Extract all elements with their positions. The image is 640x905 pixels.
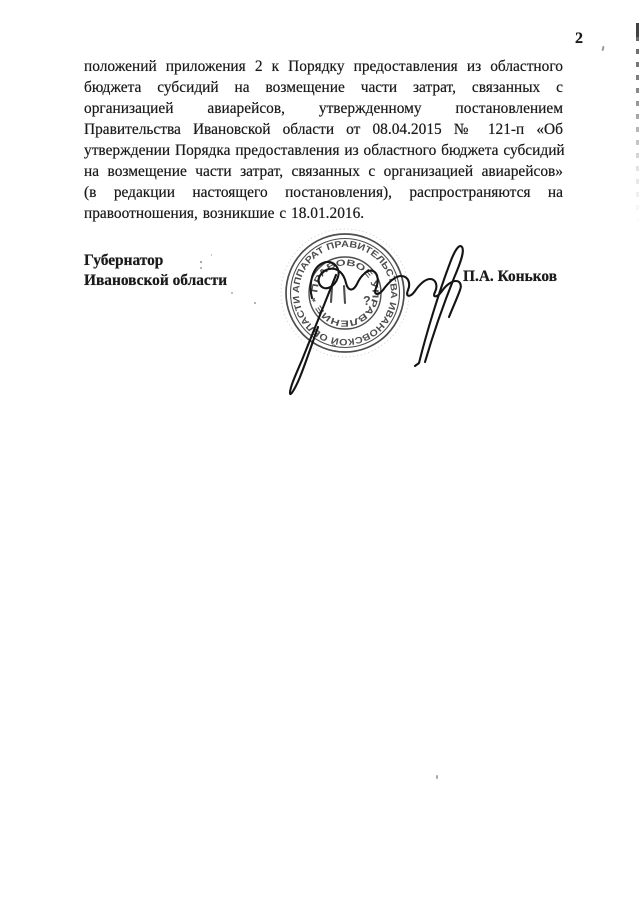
- paragraph-line: Правительства Ивановской области от 08.0…: [84, 119, 563, 140]
- page-number: 2: [575, 30, 583, 48]
- stamp-inner-text: ПРАВОВОЕ УПРАВЛЕНИЕ *: [309, 257, 380, 328]
- scan-speck: [436, 775, 438, 779]
- scan-edge-artifact: [636, 23, 639, 225]
- stamp-center-marks: [331, 286, 345, 303]
- stamp-dotted-outer-ring: [281, 229, 409, 357]
- signatory-title-line2: Ивановской области: [84, 271, 227, 291]
- signer-name: П.А. Коньков: [463, 267, 557, 287]
- signature-tall-flourish: [415, 246, 463, 366]
- paragraph: положений приложения 2 к Порядку предост…: [84, 56, 563, 224]
- official-round-stamp: АППАРАТ ПРАВИТЕЛЬСТВА ИВАНОВСКОЙ ОБЛАСТИ…: [281, 229, 409, 357]
- paragraph-line: (в редакции настоящего постановления), р…: [84, 182, 563, 203]
- scan-speck: [211, 254, 212, 256]
- scan-speck: [254, 302, 256, 304]
- paragraph-line: правоотношения, возникшие с 18.01.2016.: [84, 203, 563, 224]
- signatory-title-line1: Губернатор: [84, 251, 227, 271]
- paragraph-line: положений приложения 2 к Порядку предост…: [84, 56, 563, 77]
- paragraph-line: бюджета субсидий на возмещение части зат…: [84, 77, 563, 98]
- stamp-outer-ring: [286, 234, 404, 352]
- document-page: 2 положений приложения 2 к Порядку предо…: [0, 0, 640, 905]
- handwritten-signature: [290, 246, 463, 394]
- signature-left-descender: [290, 275, 336, 394]
- stamp-second-ring: [291, 239, 400, 348]
- scan-speck: [200, 261, 202, 263]
- scan-speck: [602, 46, 605, 51]
- stamp-inner-ring: [309, 257, 381, 329]
- paragraph-line: на возмещение части затрат, связанных с …: [84, 161, 563, 182]
- stamp-outer-text: АППАРАТ ПРАВИТЕЛЬСТВА ИВАНОВСКОЙ ОБЛАСТИ: [291, 239, 399, 348]
- scan-edge-artifact-cap: [636, 23, 639, 37]
- scan-speck: [231, 292, 233, 294]
- signature-main-scrawl: [311, 262, 461, 317]
- paragraph-line: организацией авиарейсов, утвержденному п…: [84, 98, 563, 119]
- stamp-center-glyph: ?: [363, 294, 371, 308]
- signatory-title: Губернатор Ивановской области: [84, 251, 227, 291]
- paragraph-line: утверждении Порядка предоставления из об…: [84, 140, 563, 161]
